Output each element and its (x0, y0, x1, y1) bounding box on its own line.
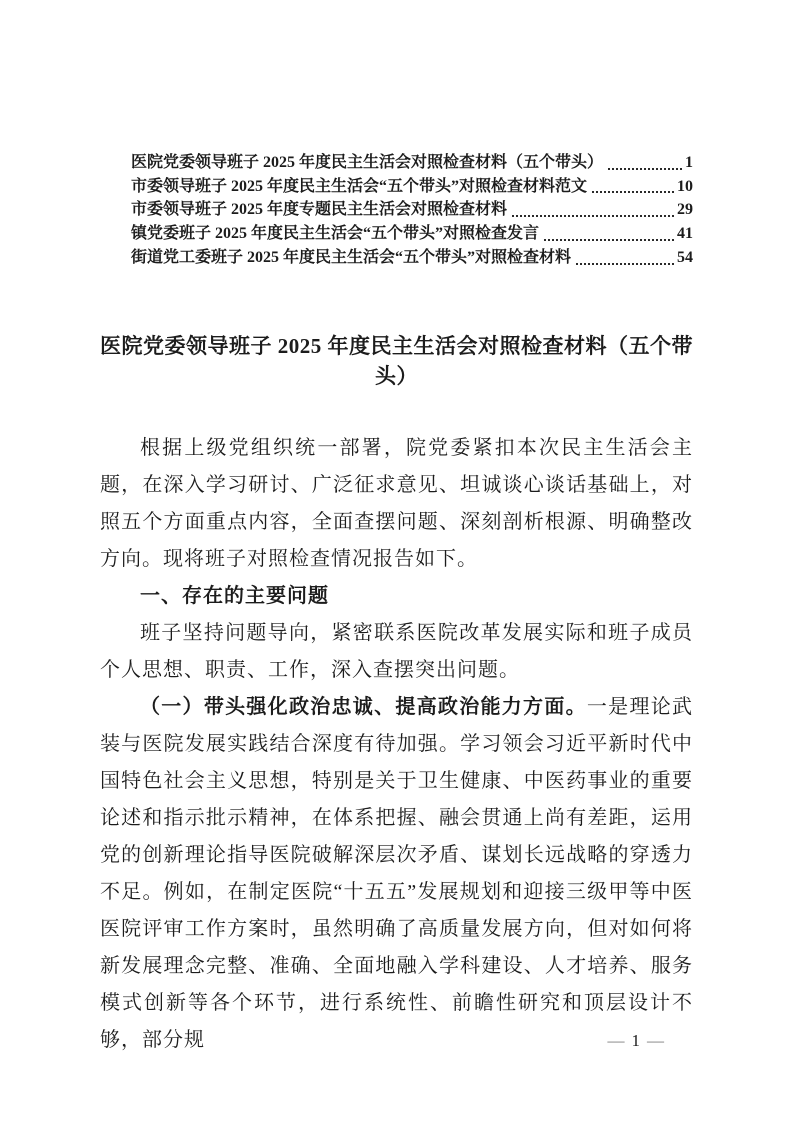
toc-entry-title: 街道党工委班子 2025 年度民主生活会“五个带头”对照检查材料 (131, 246, 571, 270)
page-footer: —1— (601, 1031, 672, 1051)
paragraph-item-1-text: 一是理论武装与医院发展实践结合深度有待加强。学习领会习近平新时代中国特色社会主义… (100, 696, 693, 1051)
paragraph-item-1-lead: （一）带头强化政治忠诚、提高政治能力方面。 (140, 696, 587, 718)
toc-entry: 医院党委领导班子 2025 年度民主生活会对照检查材料（五个带头） 1 (131, 151, 693, 175)
paragraph-overview: 班子坚持问题导向，紧密联系医院改革发展实际和班子成员个人思想、职责、工作，深入查… (100, 615, 693, 689)
toc-entry-title: 市委领导班子 2025 年度民主生活会“五个带头”对照检查材料范文 (131, 175, 587, 199)
paragraph-intro: 根据上级党组织统一部署，院党委紧扣本次民主生活会主题，在深入学习研讨、广泛征求意… (100, 430, 693, 578)
toc-dot-leader (512, 215, 674, 217)
toc-entry-page: 1 (685, 151, 693, 175)
toc-dot-leader (576, 263, 674, 265)
toc-dot-leader (608, 168, 682, 170)
toc-entry-title: 镇党委班子 2025 年度民主生活会“五个带头”对照检查发言 (131, 222, 539, 246)
toc-entry-page: 10 (677, 175, 693, 199)
toc-entry: 市委领导班子 2025 年度专题民主生活会对照检查材料 29 (131, 198, 693, 222)
paragraph-item-1: （一）带头强化政治忠诚、提高政治能力方面。一是理论武装与医院发展实践结合深度有待… (100, 689, 693, 1059)
document-page: 医院党委领导班子 2025 年度民主生活会对照检查材料（五个带头） 1 市委领导… (0, 0, 793, 1122)
toc-dot-leader (544, 239, 674, 241)
toc-entry: 街道党工委班子 2025 年度民主生活会“五个带头”对照检查材料 54 (131, 246, 693, 270)
page-number: 1 (632, 1031, 641, 1050)
footer-dash-left: — (601, 1031, 632, 1050)
toc-entry-title: 医院党委领导班子 2025 年度民主生活会对照检查材料（五个带头） (131, 151, 603, 175)
toc-entry: 镇党委班子 2025 年度民主生活会“五个带头”对照检查发言 41 (131, 222, 693, 246)
toc-entry-page: 29 (677, 198, 693, 222)
table-of-contents: 医院党委领导班子 2025 年度民主生活会对照检查材料（五个带头） 1 市委领导… (131, 151, 693, 270)
section-heading-1: 一、存在的主要问题 (100, 578, 693, 615)
toc-entry-title: 市委领导班子 2025 年度专题民主生活会对照检查材料 (131, 198, 507, 222)
document-body: 根据上级党组织统一部署，院党委紧扣本次民主生活会主题，在深入学习研讨、广泛征求意… (100, 430, 693, 1059)
toc-entry-page: 54 (677, 246, 693, 270)
footer-dash-right: — (640, 1031, 671, 1050)
toc-dot-leader (592, 191, 674, 193)
toc-entry-page: 41 (677, 222, 693, 246)
document-title: 医院党委领导班子 2025 年度民主生活会对照检查材料（五个带头） (90, 330, 703, 390)
toc-entry: 市委领导班子 2025 年度民主生活会“五个带头”对照检查材料范文 10 (131, 175, 693, 199)
